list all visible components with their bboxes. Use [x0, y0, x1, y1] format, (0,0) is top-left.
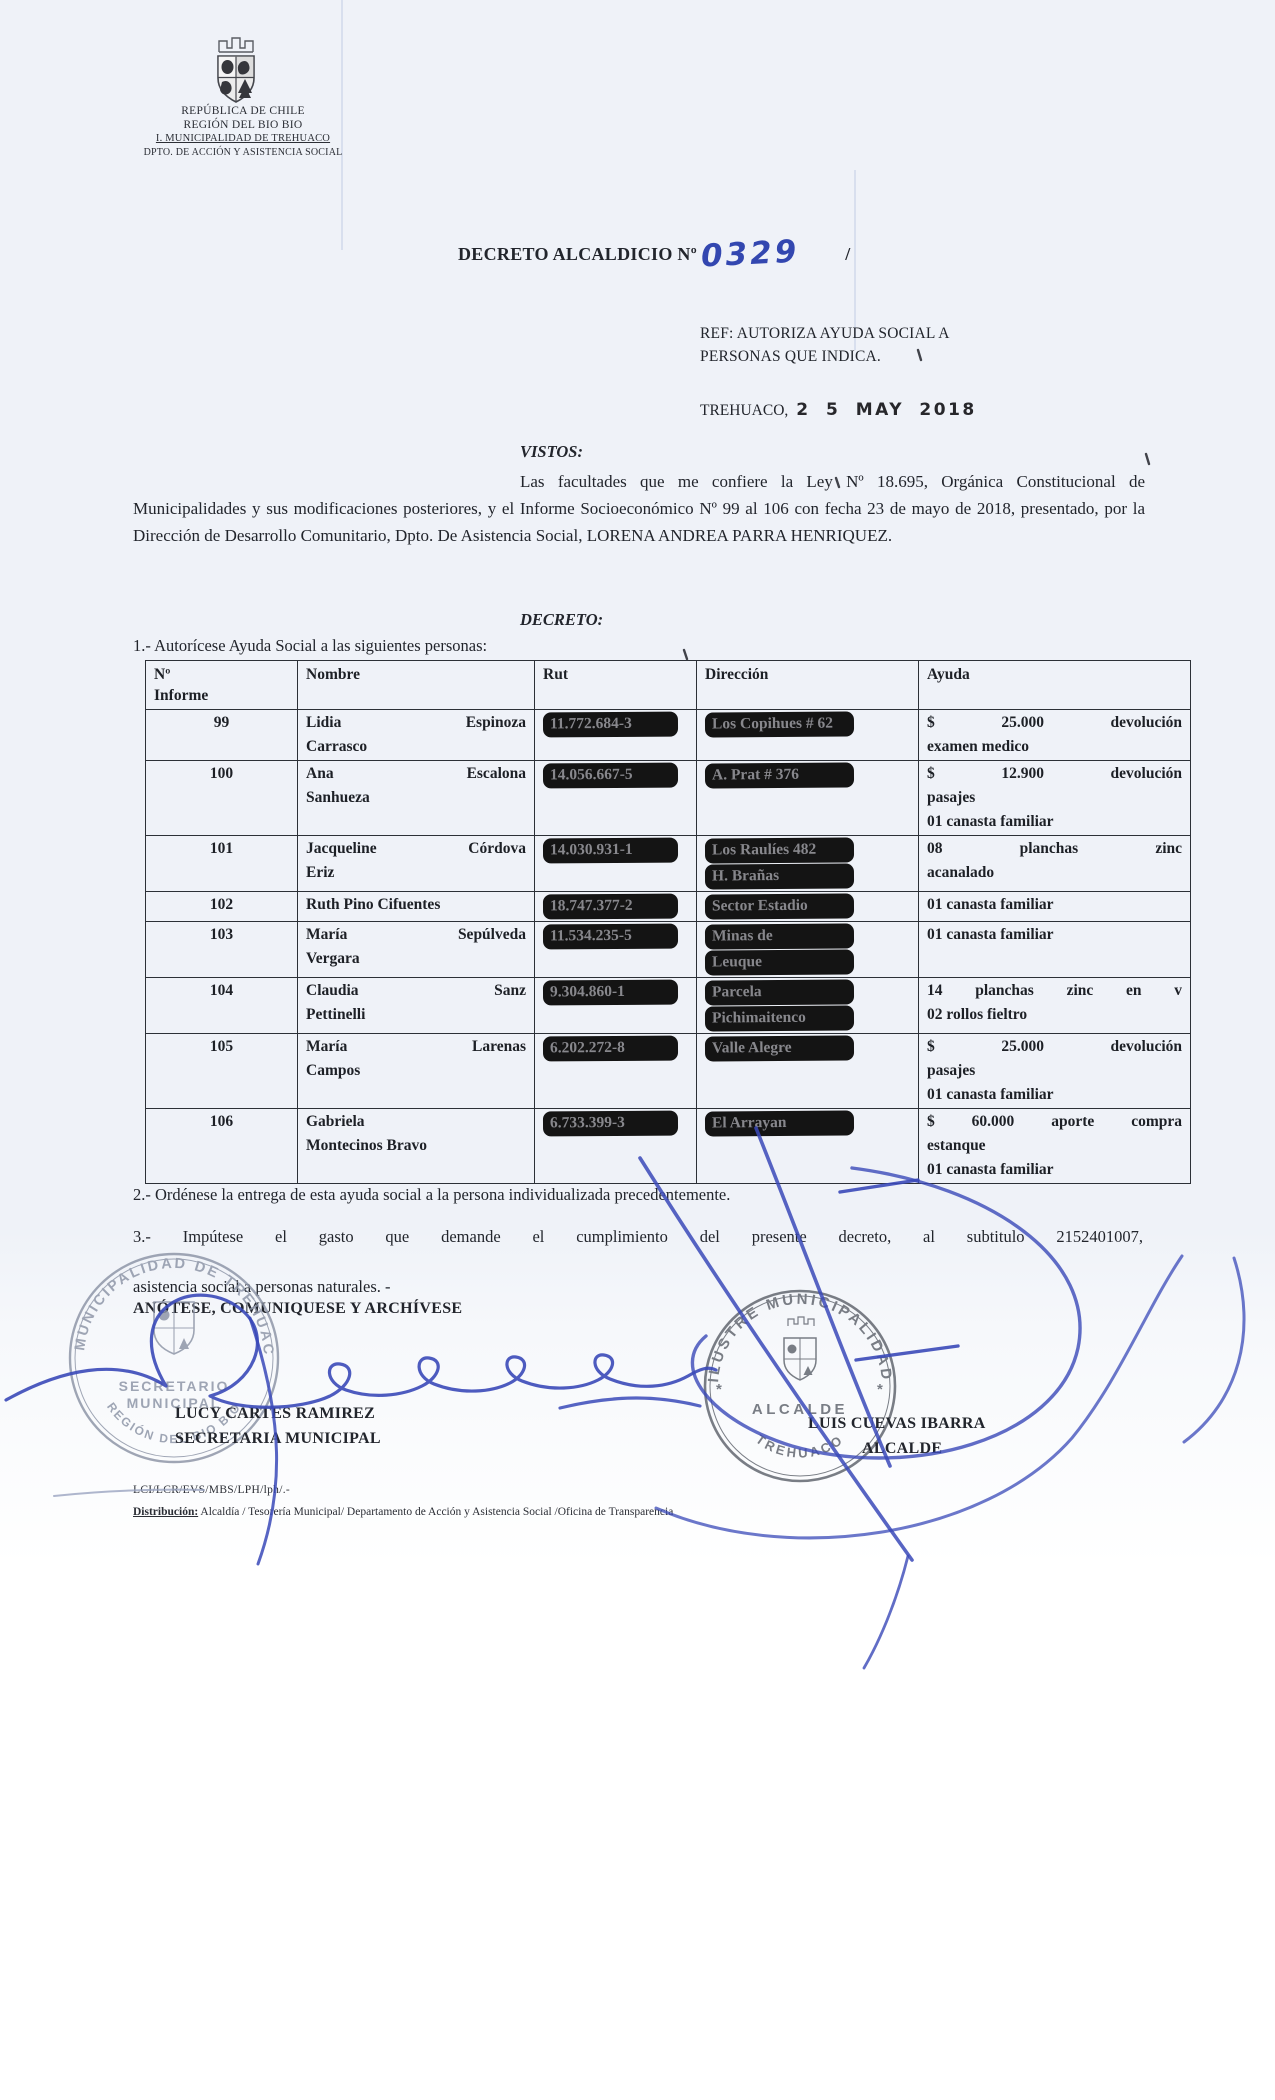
aid-table-body: 99Lidia EspinozaCarrasco11.772.684-3Los … [146, 710, 1191, 1184]
letterhead: REPÚBLICA DE CHILE REGIÓN DEL BIO BIO I.… [98, 104, 388, 160]
cell-line: 01 canasta familiar [927, 1083, 1182, 1107]
redaction-bar: Los Raulíes 482 [705, 837, 854, 863]
cell-line: 02 rollos fieltro [927, 1003, 1182, 1027]
cell-line: Ana Escalona [306, 762, 526, 786]
decreto-item-1: 1.- Autorícese Ayuda Social a las siguie… [133, 636, 487, 656]
cell-line: Sanhueza [306, 786, 526, 810]
redaction-bar: A. Prat # 376 [705, 762, 854, 788]
cell-rut: 6.202.272-8 [535, 1034, 697, 1109]
alcalde-name: LUIS CUEVAS IBARRA [808, 1415, 986, 1433]
cell-rut: 14.056.667-5 [535, 761, 697, 836]
cell-line: 08 planchas zinc [927, 837, 1182, 861]
column-header-ayuda: Ayuda [919, 661, 1191, 710]
cell-ayuda: 01 canasta familiar [919, 922, 1191, 978]
footer-initials: LCI/LCR/EVS/MBS/LPH/lph/.- [133, 1484, 290, 1496]
alcalde-signature-tail [864, 1556, 908, 1668]
secretaria-stamp-center-line1: SECRETARIO [119, 1378, 230, 1394]
cell-line: Lidia Espinoza [306, 711, 526, 735]
footer-distribution-text: Alcaldía / Tesorería Municipal/ Departam… [198, 1506, 673, 1518]
cell-direccion: Los Raulíes 482H. Brañas [697, 836, 919, 892]
cell-direccion: Los Copihues # 62 [697, 710, 919, 761]
aid-table-head: Nº InformeNombreRutDirecciónAyuda [146, 661, 1191, 710]
secretaria-stamp-shield [154, 1302, 194, 1354]
cell-informe: 99 [146, 710, 298, 761]
cell-line: 104 [154, 979, 289, 1003]
table-row: 104Claudia SanzPettinelli9.304.860-1Parc… [146, 978, 1191, 1034]
cell-rut: 18.747.377-2 [535, 892, 697, 922]
cell-line: Campos [306, 1059, 526, 1083]
footer-distribution-label: Distribución: [133, 1506, 198, 1518]
cell-line: 100 [154, 762, 289, 786]
redaction-bar: 18.747.377-2 [543, 894, 678, 920]
cell-rut: 14.030.931-1 [535, 836, 697, 892]
redaction-bar: 14.030.931-1 [543, 838, 678, 864]
cell-nombre: Ana EscalonaSanhueza [298, 761, 535, 836]
cell-line: 01 canasta familiar [927, 923, 1182, 947]
cell-nombre: GabrielaMontecinos Bravo [298, 1109, 535, 1184]
secretaria-title: SECRETARIA MUNICIPAL [175, 1430, 381, 1448]
cell-line: examen medico [927, 735, 1182, 759]
cell-line: Vergara [306, 947, 526, 971]
cell-line: $ 12.900 devolución [927, 762, 1182, 786]
letterhead-country: REPÚBLICA DE CHILE [98, 104, 388, 118]
vistos-body: Las facultades que me confiere la Ley Nº… [133, 468, 1145, 549]
decree-title-separator: / [845, 244, 850, 264]
cell-line: Ruth Pino Cifuentes [306, 893, 526, 917]
cell-line: Gabriela [306, 1110, 526, 1134]
cell-line: 102 [154, 893, 289, 917]
cell-informe: 103 [146, 922, 298, 978]
ink-speck [684, 650, 687, 659]
cell-direccion: ParcelaPichimaitenco [697, 978, 919, 1034]
table-row: 105María LarenasCampos6.202.272-8Valle A… [146, 1034, 1191, 1109]
redaction-bar: 6.733.399-3 [543, 1111, 678, 1137]
vistos-heading: VISTOS: [520, 442, 583, 462]
cell-ayuda: $ 25.000 devoluciónexamen medico [919, 710, 1191, 761]
cell-direccion: Valle Alegre [697, 1034, 919, 1109]
redaction-bar: 9.304.860-1 [543, 980, 678, 1006]
reference-line2: PERSONAS QUE INDICA. [700, 345, 950, 368]
alcalde-signature-stroke [1184, 1258, 1244, 1442]
letterhead-region: REGIÓN DEL BIO BIO [98, 118, 388, 132]
redaction-bar: Sector Estadio [705, 893, 854, 919]
cell-nombre: Lidia EspinozaCarrasco [298, 710, 535, 761]
cell-line: Claudia Sanz [306, 979, 526, 1003]
cell-line: 01 canasta familiar [927, 1158, 1182, 1182]
cell-ayuda: 01 canasta familiar [919, 892, 1191, 922]
alcalde-signature-stroke [560, 1398, 700, 1408]
cell-line: $ 25.000 devolución [927, 711, 1182, 735]
cell-rut: 11.534.235-5 [535, 922, 697, 978]
cell-informe: 100 [146, 761, 298, 836]
cell-line: 01 canasta familiar [927, 810, 1182, 834]
column-header-direccion: Dirección [697, 661, 919, 710]
dateline: TREHUACO,2 5 MAY 2018 [700, 400, 977, 420]
cell-line: $ 60.000 aporte compra [927, 1110, 1182, 1134]
cell-line: pasajes [927, 1059, 1182, 1083]
decree-number-handwritten: 0329 [700, 233, 800, 274]
table-row: 101Jacqueline CórdovaEriz14.030.931-1Los… [146, 836, 1191, 892]
cell-ayuda: 08 planchas zincacanalado [919, 836, 1191, 892]
decreto-item-2: 2.- Ordénese la entrega de esta ayuda so… [133, 1185, 730, 1205]
redaction-bar: Los Copihues # 62 [705, 711, 854, 737]
table-row: 106GabrielaMontecinos Bravo6.733.399-3El… [146, 1109, 1191, 1184]
cell-nombre: María LarenasCampos [298, 1034, 535, 1109]
redaction-bar: Pichimaitenco [705, 1005, 854, 1031]
cell-direccion: Sector Estadio [697, 892, 919, 922]
footer-distribution: Distribución: Alcaldía / Tesorería Munic… [133, 1506, 673, 1518]
cell-line: Montecinos Bravo [306, 1134, 526, 1158]
ink-speck [1146, 454, 1149, 464]
coat-of-arms [205, 32, 267, 108]
redaction-bar: H. Brañas [705, 863, 854, 889]
redaction-bar: Leuque [705, 949, 854, 975]
cell-ayuda: 14 planchas zinc en v02 rollos fieltro [919, 978, 1191, 1034]
cell-line: estanque [927, 1134, 1182, 1158]
cell-informe: 106 [146, 1109, 298, 1184]
column-header-informe: Nº Informe [146, 661, 298, 710]
cell-line: Eriz [306, 861, 526, 885]
letterhead-municipality: I. MUNICIPALIDAD DE TREHUACO [98, 132, 388, 146]
cell-rut: 9.304.860-1 [535, 978, 697, 1034]
alcalde-stamp-ring-bottom-text: TREHUACO [753, 1431, 847, 1460]
alcalde-title: ALCALDE [862, 1440, 942, 1458]
cell-line: $ 25.000 devolución [927, 1035, 1182, 1059]
document-page: REPÚBLICA DE CHILE REGIÓN DEL BIO BIO I.… [0, 0, 1275, 2100]
date-stamp: 2 5 MAY 2018 [796, 400, 976, 420]
cell-nombre: Jacqueline CórdovaEriz [298, 836, 535, 892]
reference-line1: REF: AUTORIZA AYUDA SOCIAL A [700, 322, 950, 345]
redaction-bar: 14.056.667-5 [543, 763, 678, 789]
table-row: 100Ana EscalonaSanhueza14.056.667-5A. Pr… [146, 761, 1191, 836]
redaction-bar: 11.772.684-3 [543, 712, 678, 738]
table-row: 99Lidia EspinozaCarrasco11.772.684-3Los … [146, 710, 1191, 761]
cell-ayuda: $ 25.000 devoluciónpasajes01 canasta fam… [919, 1034, 1191, 1109]
header-row: Nº InformeNombreRutDirecciónAyuda [146, 661, 1191, 710]
secretaria-name: LUCY CARTES RAMIREZ [175, 1405, 375, 1423]
cell-line: María Larenas [306, 1035, 526, 1059]
cell-ayuda: $ 12.900 devoluciónpasajes01 canasta fam… [919, 761, 1191, 836]
cell-line: 14 planchas zinc en v [927, 979, 1182, 1003]
redaction-bar: Parcela [705, 979, 854, 1005]
cell-direccion: A. Prat # 376 [697, 761, 919, 836]
decree-title-label: DECRETO ALCALDICIO Nº [458, 244, 697, 264]
cell-nombre: Ruth Pino Cifuentes [298, 892, 535, 922]
cell-line: acanalado [927, 861, 1182, 885]
redaction-bar: 11.534.235-5 [543, 924, 678, 950]
cell-line: 01 canasta familiar [927, 893, 1182, 917]
dateline-place: TREHUACO, [700, 402, 788, 419]
column-header-rut: Rut [535, 661, 697, 710]
letterhead-department: DPTO. DE ACCIÓN Y ASISTENCIA SOCIAL [98, 146, 388, 160]
secretaria-stamp-ring-top-text: I. MUNICIPALIDAD DE TREHUACO [66, 1250, 276, 1358]
cell-rut: 11.772.684-3 [535, 710, 697, 761]
cell-line: 99 [154, 711, 289, 735]
decree-title: DECRETO ALCALDICIO Nº0329/ [458, 236, 850, 272]
cell-nombre: Claudia SanzPettinelli [298, 978, 535, 1034]
cell-line: 103 [154, 923, 289, 947]
alcalde-stamp-asterisk-left: * [716, 1381, 722, 1398]
cell-line: Jacqueline Córdova [306, 837, 526, 861]
cell-line: pasajes [927, 786, 1182, 810]
cell-nombre: María SepúlvedaVergara [298, 922, 535, 978]
cell-informe: 104 [146, 978, 298, 1034]
table-row: 102Ruth Pino Cifuentes18.747.377-2Sector… [146, 892, 1191, 922]
svg-text:I. MUNICIPALIDAD DE TREHUACO: I. MUNICIPALIDAD DE TREHUACO [66, 1250, 276, 1358]
decreto-heading: DECRETO: [520, 610, 603, 630]
cell-direccion: El Arrayan [697, 1109, 919, 1184]
cell-line: 105 [154, 1035, 289, 1059]
cell-informe: 105 [146, 1034, 298, 1109]
redaction-bar: Valle Alegre [705, 1035, 854, 1061]
redaction-bar: Minas de [705, 923, 854, 949]
alcalde-stamp-shield [784, 1317, 816, 1380]
aid-table: Nº InformeNombreRutDirecciónAyuda 99Lidi… [145, 660, 1191, 1184]
decreto-item-3-line1: 3.- Impútese el gasto que demande el cum… [133, 1227, 1143, 1247]
svg-text:TREHUACO: TREHUACO [753, 1431, 847, 1460]
alcalde-stamp-asterisk-right: * [877, 1381, 883, 1398]
cell-direccion: Minas deLeuque [697, 922, 919, 978]
cell-line: 106 [154, 1110, 289, 1134]
cell-informe: 102 [146, 892, 298, 922]
cell-line: Pettinelli [306, 1003, 526, 1027]
cell-line: Carrasco [306, 735, 526, 759]
redaction-bar: 6.202.272-8 [543, 1036, 678, 1062]
cell-line: 101 [154, 837, 289, 861]
table-row: 103María SepúlvedaVergara11.534.235-5Min… [146, 922, 1191, 978]
cell-ayuda: $ 60.000 aporte compraestanque01 canasta… [919, 1109, 1191, 1184]
column-header-nombre: Nombre [298, 661, 535, 710]
redaction-bar: El Arrayan [705, 1110, 854, 1136]
cell-rut: 6.733.399-3 [535, 1109, 697, 1184]
cell-informe: 101 [146, 836, 298, 892]
reference-block: REF: AUTORIZA AYUDA SOCIAL A PERSONAS QU… [700, 322, 950, 368]
cell-line: María Sepúlveda [306, 923, 526, 947]
